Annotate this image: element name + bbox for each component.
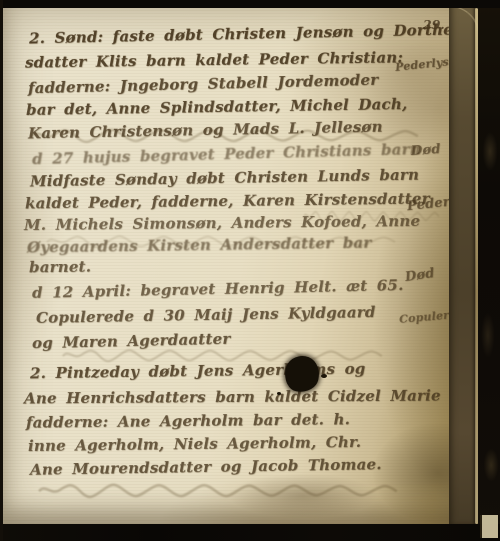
margin-note: Peder (406, 196, 450, 213)
ink-blot-speck (277, 392, 281, 395)
register-line: d 12 April: begravet Henrig Helt. æt 65. (32, 278, 404, 301)
register-line: Midfaste Sønday døbt Christen Lunds barn (30, 168, 419, 190)
margin-note: Død (404, 267, 435, 284)
register-line: Ane Henrichsdatters barn kaldet Cidzel M… (24, 389, 441, 407)
register-line: inne Agerholm, Niels Agerholm, Chr. (28, 435, 361, 454)
bleed-through-mark (37, 478, 407, 500)
photo-border-top (0, 0, 500, 8)
register-line: Karen Christensøn og Mads L. Jellesøn (28, 120, 383, 142)
photo-border-bottom (0, 524, 500, 541)
book-binding-shadow (478, 0, 500, 541)
register-line: Copulerede d 30 Maij Jens Kyldgaard (36, 305, 376, 326)
book-fore-edge (449, 4, 476, 526)
ink-blot-speck (321, 374, 327, 378)
register-line: bar det, Anne Splindsdatter, Michel Dach… (26, 97, 408, 118)
register-line: fadderne: Ane Agerholm bar det. h. (26, 412, 350, 430)
register-line: d 27 hujus begravet Peder Christians bar… (32, 142, 421, 167)
paper-stain (228, 473, 378, 518)
corner-notch (480, 515, 498, 538)
photo-border-left (0, 0, 3, 541)
margin-note: Død (411, 143, 441, 158)
register-line: Øyegaardens Kirsten Andersdatter bar (27, 236, 372, 256)
register-line: Ane Mourendsdatter og Jacob Thomae. (30, 457, 382, 478)
scanned-parish-register-page: 29. 2. Sønd: faste døbt Christen Jensøn … (0, 0, 500, 541)
register-line: kaldet Peder, fadderne, Karen Kirstensda… (25, 192, 430, 212)
register-line: sdatter Klits barn kaldet Peder Christia… (25, 50, 403, 70)
register-line: 2. Sønd: faste døbt Christen Jensøn og D… (29, 23, 453, 47)
register-line: og Maren Agerdaatter (32, 332, 231, 351)
register-line: barnet. (29, 260, 91, 276)
manuscript-paper: 29. 2. Sønd: faste døbt Christen Jensøn … (3, 8, 500, 524)
register-line: M. Michels Simonsøn, Anders Kofoed, Anne (24, 214, 420, 233)
register-line: fadderne: Jngeborg Stabell Jordemoder (28, 73, 379, 97)
